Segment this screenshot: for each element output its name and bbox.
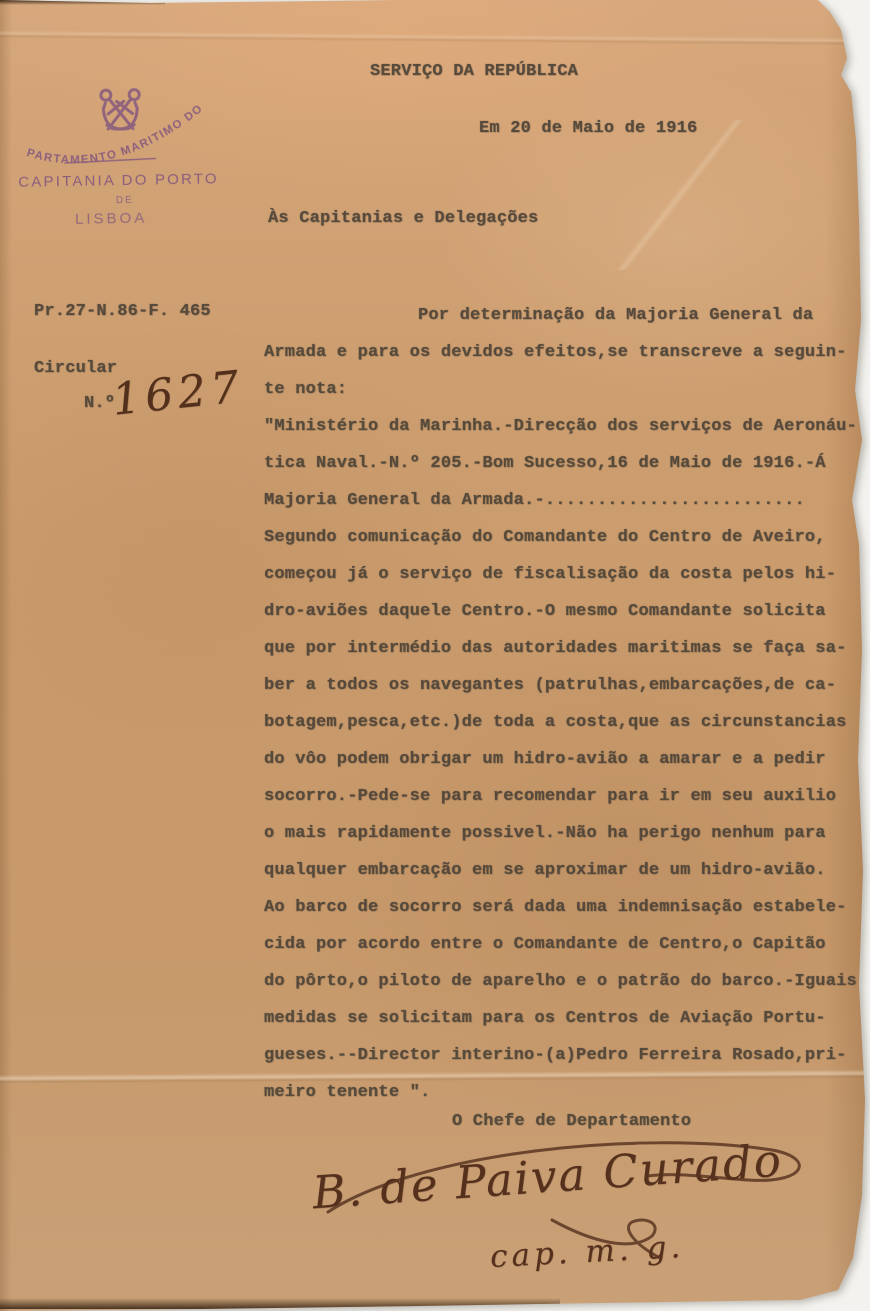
typed-line: Por determinação da Majoria General da	[264, 297, 870, 334]
typed-line: do pôrto,o piloto de aparelho e o patrão…	[264, 963, 870, 1000]
reference-number: Pr.27-N.86-F. 465	[34, 302, 211, 321]
typed-line: que por intermédio das autoridades marit…	[264, 630, 870, 667]
typed-line: medidas se solicitam para os Centros de …	[264, 1000, 870, 1037]
typed-line: Segundo comunicação do Comandante do Cen…	[264, 519, 870, 556]
paper-sheet: PARTAMENTO MARITIMO DO CENTRO CAPITANIA …	[0, 0, 870, 1311]
typed-line: meiro tenente ".	[264, 1074, 870, 1111]
typed-line: botagem,pesca,etc.)de toda a costa,que a…	[264, 704, 870, 741]
typed-line: do vôo podem obrigar um hidro-avião a am…	[264, 741, 870, 778]
stamp-line2: DE	[116, 195, 134, 206]
stamp-line1: CAPITANIA DO PORTO	[18, 170, 219, 190]
scanned-letter: PARTAMENTO MARITIMO DO CENTRO CAPITANIA …	[0, 0, 870, 1311]
typed-line: "Ministério da Marinha.-Direcção dos ser…	[264, 408, 870, 445]
stamp-arc-text: PARTAMENTO MARITIMO DO CENTRO	[16, 56, 210, 167]
typed-line: cida por acordo entre o Comandante de Ce…	[264, 926, 870, 963]
typed-line: gueses.--Director interino-(a)Pedro Ferr…	[264, 1037, 870, 1074]
typed-line: Ao barco de socorro será dada uma indemn…	[264, 889, 870, 926]
svg-text:PARTAMENTO MARITIMO DO CENTRO: PARTAMENTO MARITIMO DO CENTRO	[16, 56, 210, 167]
office-stamp: PARTAMENTO MARITIMO DO CENTRO CAPITANIA …	[16, 56, 229, 245]
crossed-anchors-icon: PARTAMENTO MARITIMO DO CENTRO CAPITANIA …	[16, 56, 229, 245]
typed-line: Majoria General da Armada.-.............…	[264, 482, 870, 519]
number-label: N.º	[84, 394, 115, 413]
typed-line: qualquer embarcação em se aproximar de u…	[264, 852, 870, 889]
recipient-line: Às Capitanias e Delegações	[268, 209, 538, 228]
typed-line: Armada e para os devidos efeitos,se tran…	[264, 334, 870, 371]
typed-line: socorro.-Pede-se para recomendar para ir…	[264, 778, 870, 815]
circular-label: Circular	[34, 359, 117, 378]
paper-bottom-edge-shadow	[0, 1298, 560, 1309]
paper-crease-top	[0, 30, 870, 46]
typed-line: o mais rapidamente possivel.-Não ha peri…	[264, 815, 870, 852]
paper-top-edge-shadow	[0, 0, 165, 5]
typed-line: te nota:	[264, 371, 870, 408]
service-line: SERVIÇO DA REPÚBLICA	[370, 62, 578, 81]
typed-line: ber a todos os navegantes (patrulhas,emb…	[264, 667, 870, 704]
stamp-line3: LISBOA	[75, 210, 147, 228]
signature-block: B. de Paiva Curado cap. m. g.	[300, 1124, 840, 1294]
paper-scratch	[590, 120, 770, 270]
typed-line: dro-aviões daquele Centro.-O mesmo Coman…	[264, 593, 870, 630]
typed-line: tica Naval.-N.º 205.-Bom Sucesso,16 de M…	[264, 445, 870, 482]
typed-line: começou já o serviço de fiscalisação da …	[264, 556, 870, 593]
handwritten-circular-number: 1627	[110, 361, 247, 426]
letter-body: Por determinação da Majoria General da A…	[264, 297, 870, 1111]
date-line: Em 20 de Maio de 1916	[479, 119, 697, 138]
